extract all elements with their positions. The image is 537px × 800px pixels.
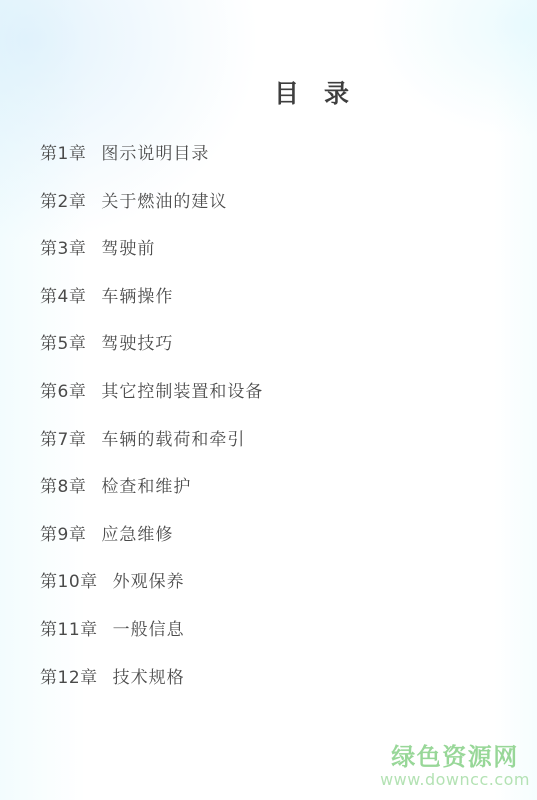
toc-item: 第5章 驾驶技巧 [40, 329, 263, 377]
chapter-title: 驾驶前 [101, 234, 155, 259]
toc-item: 第7章 车辆的载荷和牵引 [40, 425, 263, 473]
chapter-label: 第12章 [40, 663, 98, 688]
chapter-label: 第6章 [40, 377, 86, 402]
toc-item: 第12章 技术规格 [40, 663, 263, 711]
watermark-site-url: www.downcc.com [380, 772, 530, 788]
toc-item: 第8章 检查和维护 [40, 472, 263, 520]
toc-item: 第4章 车辆操作 [40, 282, 263, 330]
chapter-label: 第9章 [40, 520, 86, 545]
toc-item: 第11章 一般信息 [40, 615, 263, 663]
chapter-title: 检查和维护 [101, 472, 191, 497]
toc-item: 第9章 应急维修 [40, 520, 263, 568]
toc-item: 第10章 外观保养 [40, 567, 263, 615]
toc-item: 第6章 其它控制装置和设备 [40, 377, 263, 425]
toc-item: 第3章 驾驶前 [40, 234, 263, 282]
chapter-title: 外观保养 [113, 567, 185, 592]
document-page: 目 录 第1章 图示说明目录 第2章 关于燃油的建议 第3章 驾驶前 第4章 车… [0, 0, 537, 800]
page-title: 目 录 [274, 81, 349, 107]
chapter-title: 其它控制装置和设备 [101, 377, 263, 402]
chapter-label: 第5章 [40, 329, 86, 354]
chapter-title: 技术规格 [113, 663, 185, 688]
chapter-title: 图示说明目录 [101, 139, 209, 164]
chapter-label: 第2章 [40, 187, 86, 212]
chapter-title: 关于燃油的建议 [101, 187, 227, 212]
watermark: 绿色资源网 www.downcc.com [380, 745, 530, 788]
chapter-title: 应急维修 [101, 520, 173, 545]
chapter-title: 驾驶技巧 [101, 329, 173, 354]
toc-item: 第2章 关于燃油的建议 [40, 187, 263, 235]
chapter-label: 第1章 [40, 139, 86, 164]
chapter-title: 车辆操作 [101, 282, 173, 307]
toc-item: 第1章 图示说明目录 [40, 139, 263, 187]
chapter-label: 第8章 [40, 472, 86, 497]
chapter-title: 一般信息 [113, 615, 185, 640]
chapter-title: 车辆的载荷和牵引 [101, 425, 245, 450]
chapter-label: 第11章 [40, 615, 98, 640]
chapter-label: 第3章 [40, 234, 86, 259]
watermark-site-name: 绿色资源网 [380, 745, 530, 769]
chapter-label: 第10章 [40, 567, 98, 592]
chapter-label: 第7章 [40, 425, 86, 450]
chapter-label: 第4章 [40, 282, 86, 307]
table-of-contents: 第1章 图示说明目录 第2章 关于燃油的建议 第3章 驾驶前 第4章 车辆操作 … [40, 139, 263, 710]
